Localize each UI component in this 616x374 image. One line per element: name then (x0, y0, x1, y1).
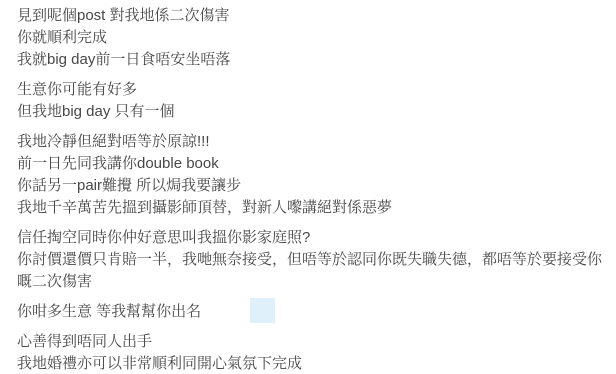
paragraph: 生意你可能有好多但我地big day 只有一個 (17, 79, 606, 123)
text-line: 你討價還價只肯賠一半，我哋無奈接受，但唔等於認同你既失職失德，都唔等於要接受你 (17, 249, 606, 271)
text-line: 我地冷靜但絕對唔等於原諒!!! (17, 131, 606, 153)
text-line: 信任掏空同時你仲好意思叫我搵你影家庭照? (17, 227, 606, 249)
text-line: 你話另一pair難攪 所以焗我要讓步 (17, 175, 606, 197)
post-body: 見到呢個post 對我地係二次傷害你就順利完成我就big day前一日食唔安坐唔… (0, 0, 616, 374)
text-line: 生意你可能有好多 (17, 79, 606, 101)
text-line: 你咁多生意 等我幫幫你出名 (17, 301, 606, 323)
paragraph: 信任掏空同時你仲好意思叫我搵你影家庭照?你討價還價只肯賠一半，我哋無奈接受，但唔… (17, 227, 606, 293)
text-line: 我地婚禮亦可以非常順利同開心氣氛下完成 (17, 353, 606, 374)
text-line: 前一日先同我講你double book (17, 153, 606, 175)
text-line: 你就順利完成 (17, 27, 606, 49)
paragraph: 你咁多生意 等我幫幫你出名 (17, 301, 606, 323)
paragraph: 我地冷靜但絕對唔等於原諒!!!前一日先同我講你double book你話另一pa… (17, 131, 606, 219)
text-line: 但我地big day 只有一個 (17, 101, 606, 123)
paragraph: 見到呢個post 對我地係二次傷害你就順利完成我就big day前一日食唔安坐唔… (17, 5, 606, 71)
text-line: 我就big day前一日食唔安坐唔落 (17, 49, 606, 71)
paragraph: 心善得到唔同人出手我地婚禮亦可以非常順利同開心氣氛下完成 (17, 331, 606, 374)
text-line: 見到呢個post 對我地係二次傷害 (17, 5, 606, 27)
text-line: 心善得到唔同人出手 (17, 331, 606, 353)
text-line: 我地千辛萬苦先搵到攝影師頂替，對新人嚟講絕對係惡夢 (17, 197, 606, 219)
text-line: 嘅二次傷害 (17, 271, 606, 293)
selection-highlight (250, 298, 275, 323)
